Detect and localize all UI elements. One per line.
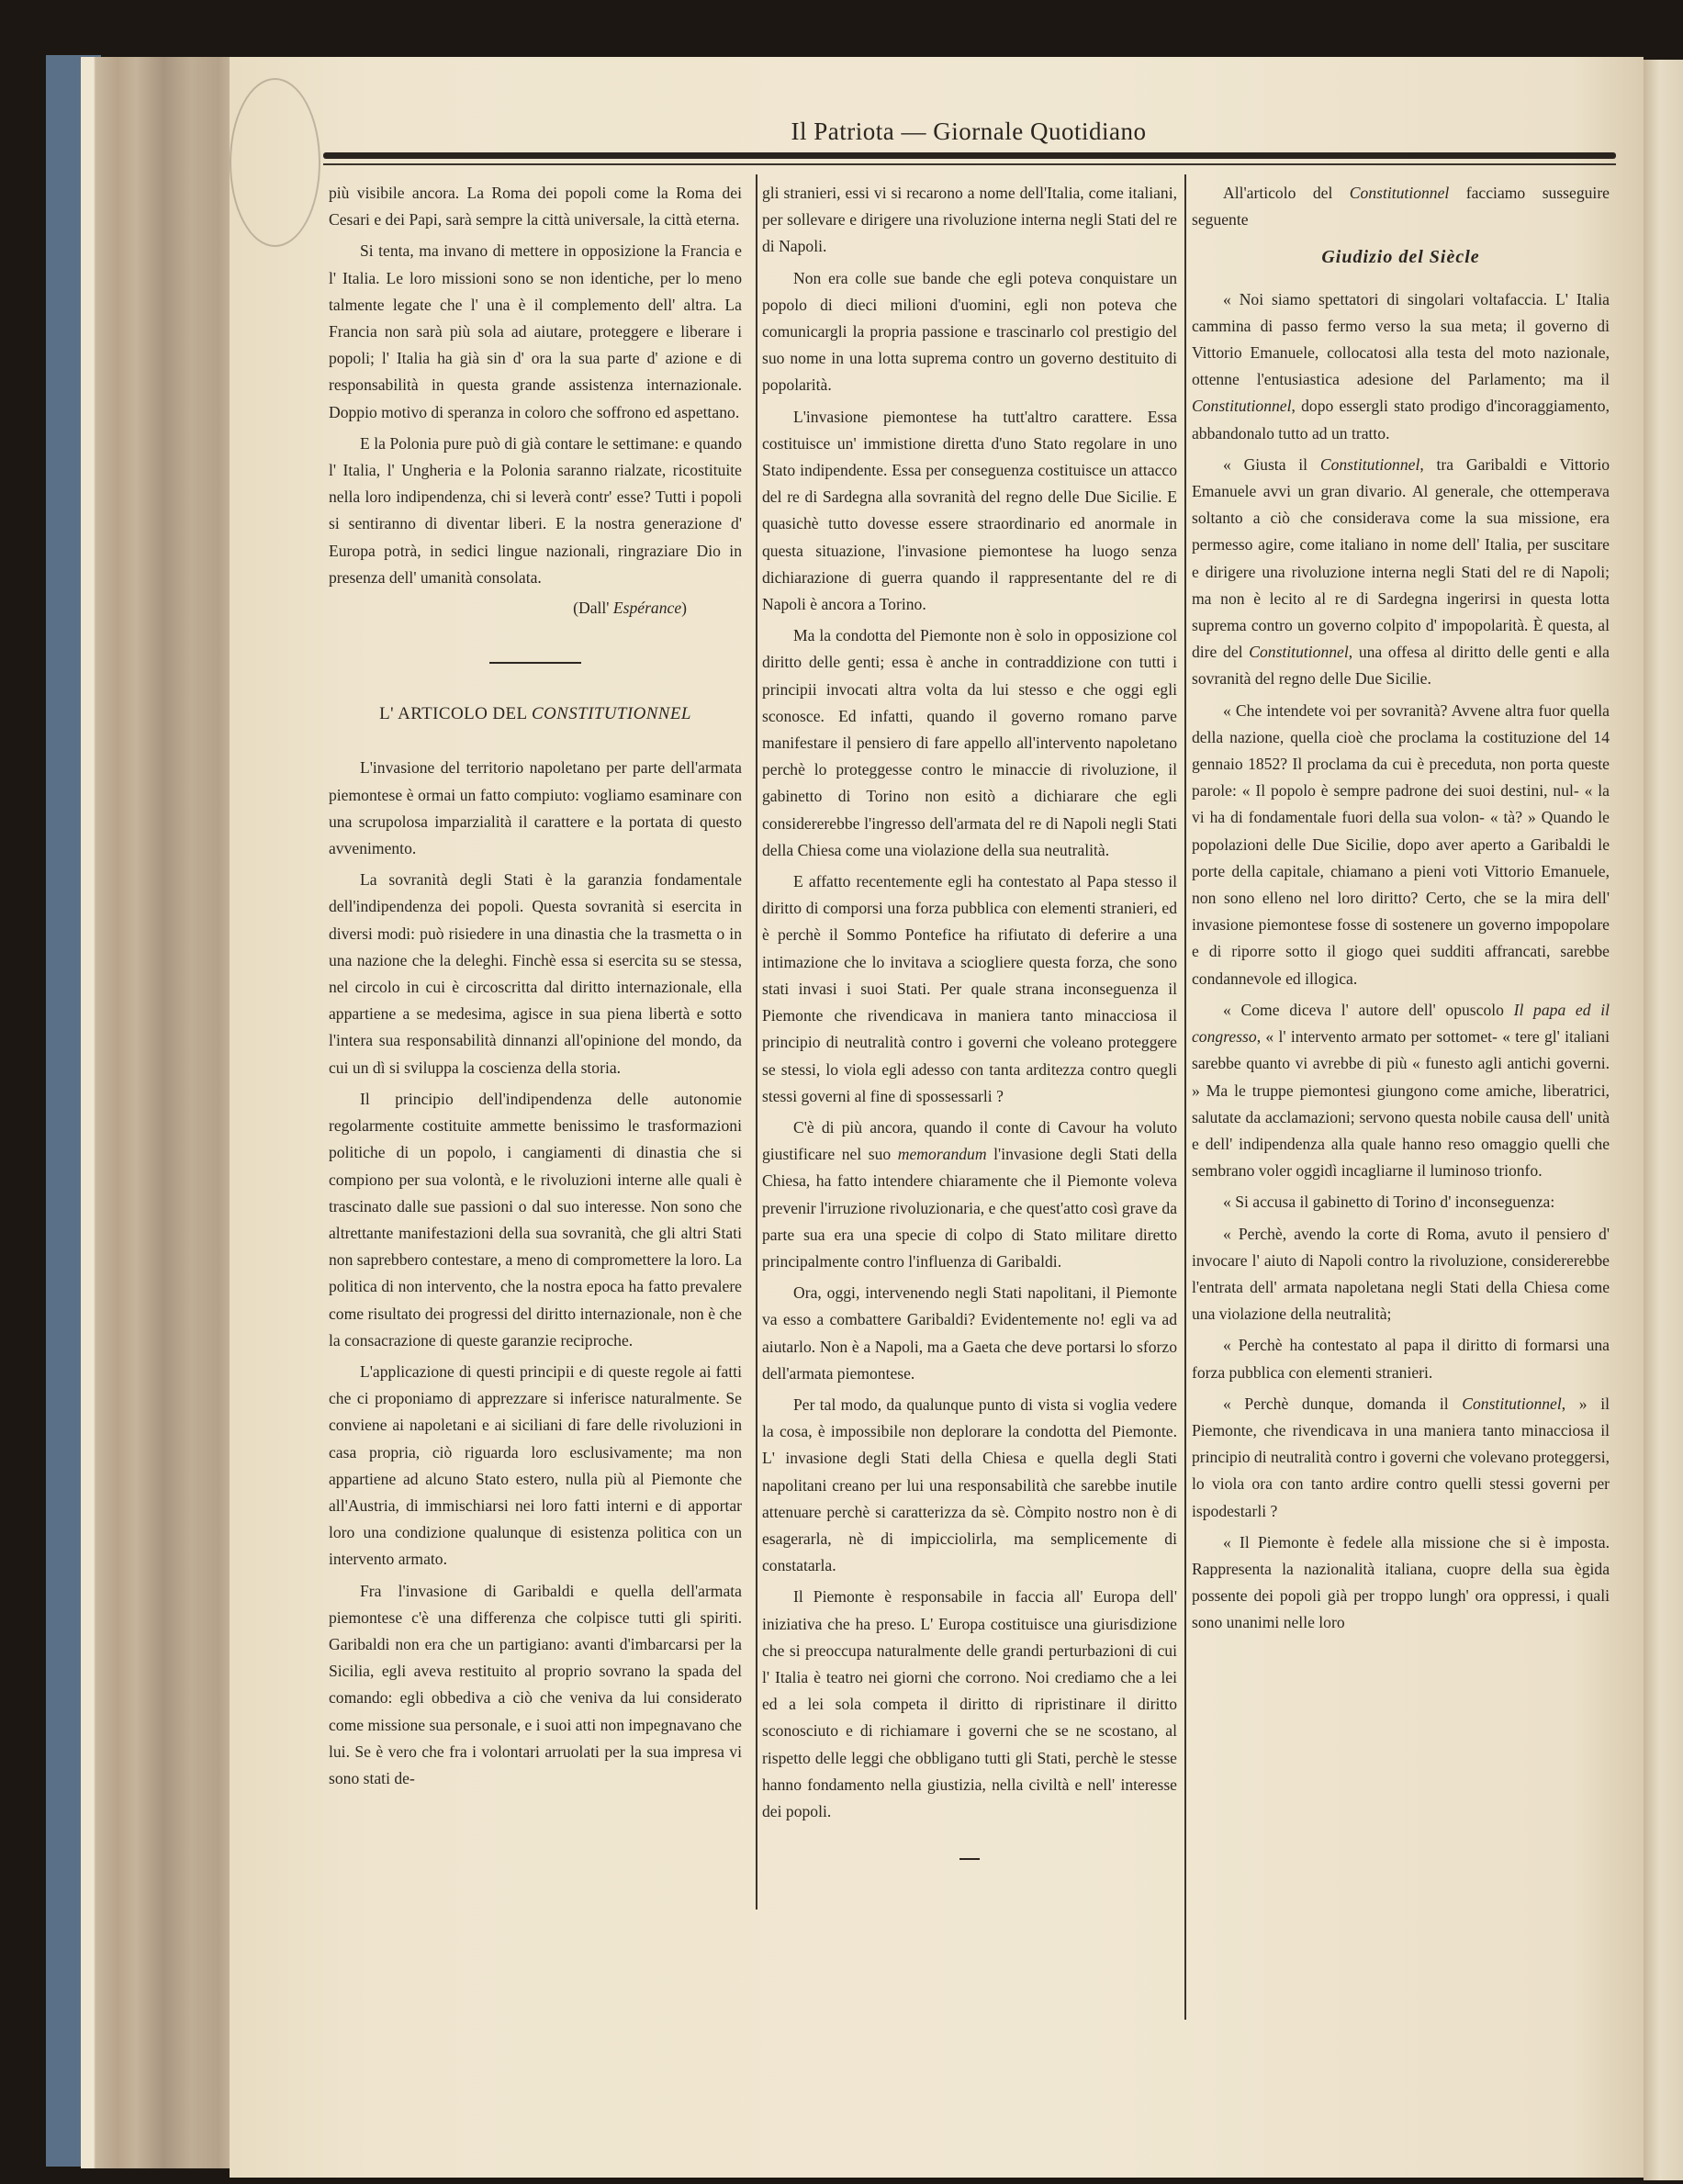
masthead-title: Il Patriota — Giornale Quotidiano (321, 118, 1616, 146)
paragraph: « Perchè ha contestato al papa il diritt… (1192, 1332, 1610, 1385)
paragraph: Si tenta, ma invano di mettere in opposi… (329, 238, 742, 425)
article-headline: L' ARTICOLO DEL CONSTITUTIONNEL (329, 700, 742, 727)
paragraph: più visibile ancora. La Roma dei popoli … (329, 180, 742, 233)
end-of-article-dash (959, 1858, 980, 1860)
paragraph: C'è di più ancora, quando il conte di Ca… (762, 1114, 1177, 1275)
column-divider-2 (1184, 174, 1186, 2020)
column-divider-1 (756, 174, 757, 1910)
paragraph: Non era colle sue bande che egli poteva … (762, 265, 1177, 399)
section-subhead: Giudizio del Siècle (1192, 244, 1610, 271)
paragraph: La sovranità degli Stati è la garanzia f… (329, 867, 742, 1081)
column-1: più visibile ancora. La Roma dei popoli … (329, 180, 742, 1792)
paragraph: « Il Piemonte è fedele alla missione che… (1192, 1529, 1610, 1637)
paragraph: Il Piemonte è responsabile in faccia all… (762, 1584, 1177, 1825)
masthead-rule-thick (323, 152, 1616, 159)
paragraph: « Giusta il Constitutionnel, tra Garibal… (1192, 452, 1610, 693)
paragraph: Fra l'invasione di Garibaldi e quella de… (329, 1578, 742, 1793)
paragraph: L'applicazione di questi principii e di … (329, 1359, 742, 1574)
paragraph: E affatto recentemente egli ha contestat… (762, 868, 1177, 1110)
column-3: All'articolo del Constitutionnel facciam… (1192, 180, 1610, 1637)
section-separator (489, 662, 581, 664)
paragraph: E la Polonia pure può di già contare le … (329, 431, 742, 591)
masthead-rule-thin (323, 163, 1616, 165)
next-page-edge (1644, 60, 1683, 2180)
library-stamp (230, 78, 320, 247)
paragraph: « Perchè, avendo la corte di Roma, avuto… (1192, 1221, 1610, 1328)
paragraph: L'invasione del territorio napoletano pe… (329, 755, 742, 862)
paragraph: Ora, oggi, intervenendo negli Stati napo… (762, 1280, 1177, 1387)
paragraph: L'invasione piemontese ha tutt'altro car… (762, 404, 1177, 619)
paragraph: Per tal modo, da qualunque punto di vist… (762, 1392, 1177, 1579)
book-page-edges (81, 57, 237, 2168)
source-attribution: (Dall' Espérance) (329, 595, 742, 622)
paragraph: « Come diceva l' autore dell' opuscolo I… (1192, 997, 1610, 1184)
paragraph: « Perchè dunque, domanda il Constitution… (1192, 1391, 1610, 1525)
paragraph: Ma la condotta del Piemonte non è solo i… (762, 622, 1177, 864)
intro-paragraph: All'articolo del Constitutionnel facciam… (1192, 180, 1610, 233)
paragraph: gli stranieri, essi vi si recarono a nom… (762, 180, 1177, 261)
paragraph: « Noi siamo spettatori di singolari volt… (1192, 286, 1610, 447)
paragraph: Il principio dell'indipendenza delle aut… (329, 1086, 742, 1354)
column-2: gli stranieri, essi vi si recarono a nom… (762, 180, 1177, 1860)
paragraph: « Si accusa il gabinetto di Torino d' in… (1192, 1189, 1610, 1215)
paragraph: « Che intendete voi per sovranità? Avven… (1192, 698, 1610, 992)
